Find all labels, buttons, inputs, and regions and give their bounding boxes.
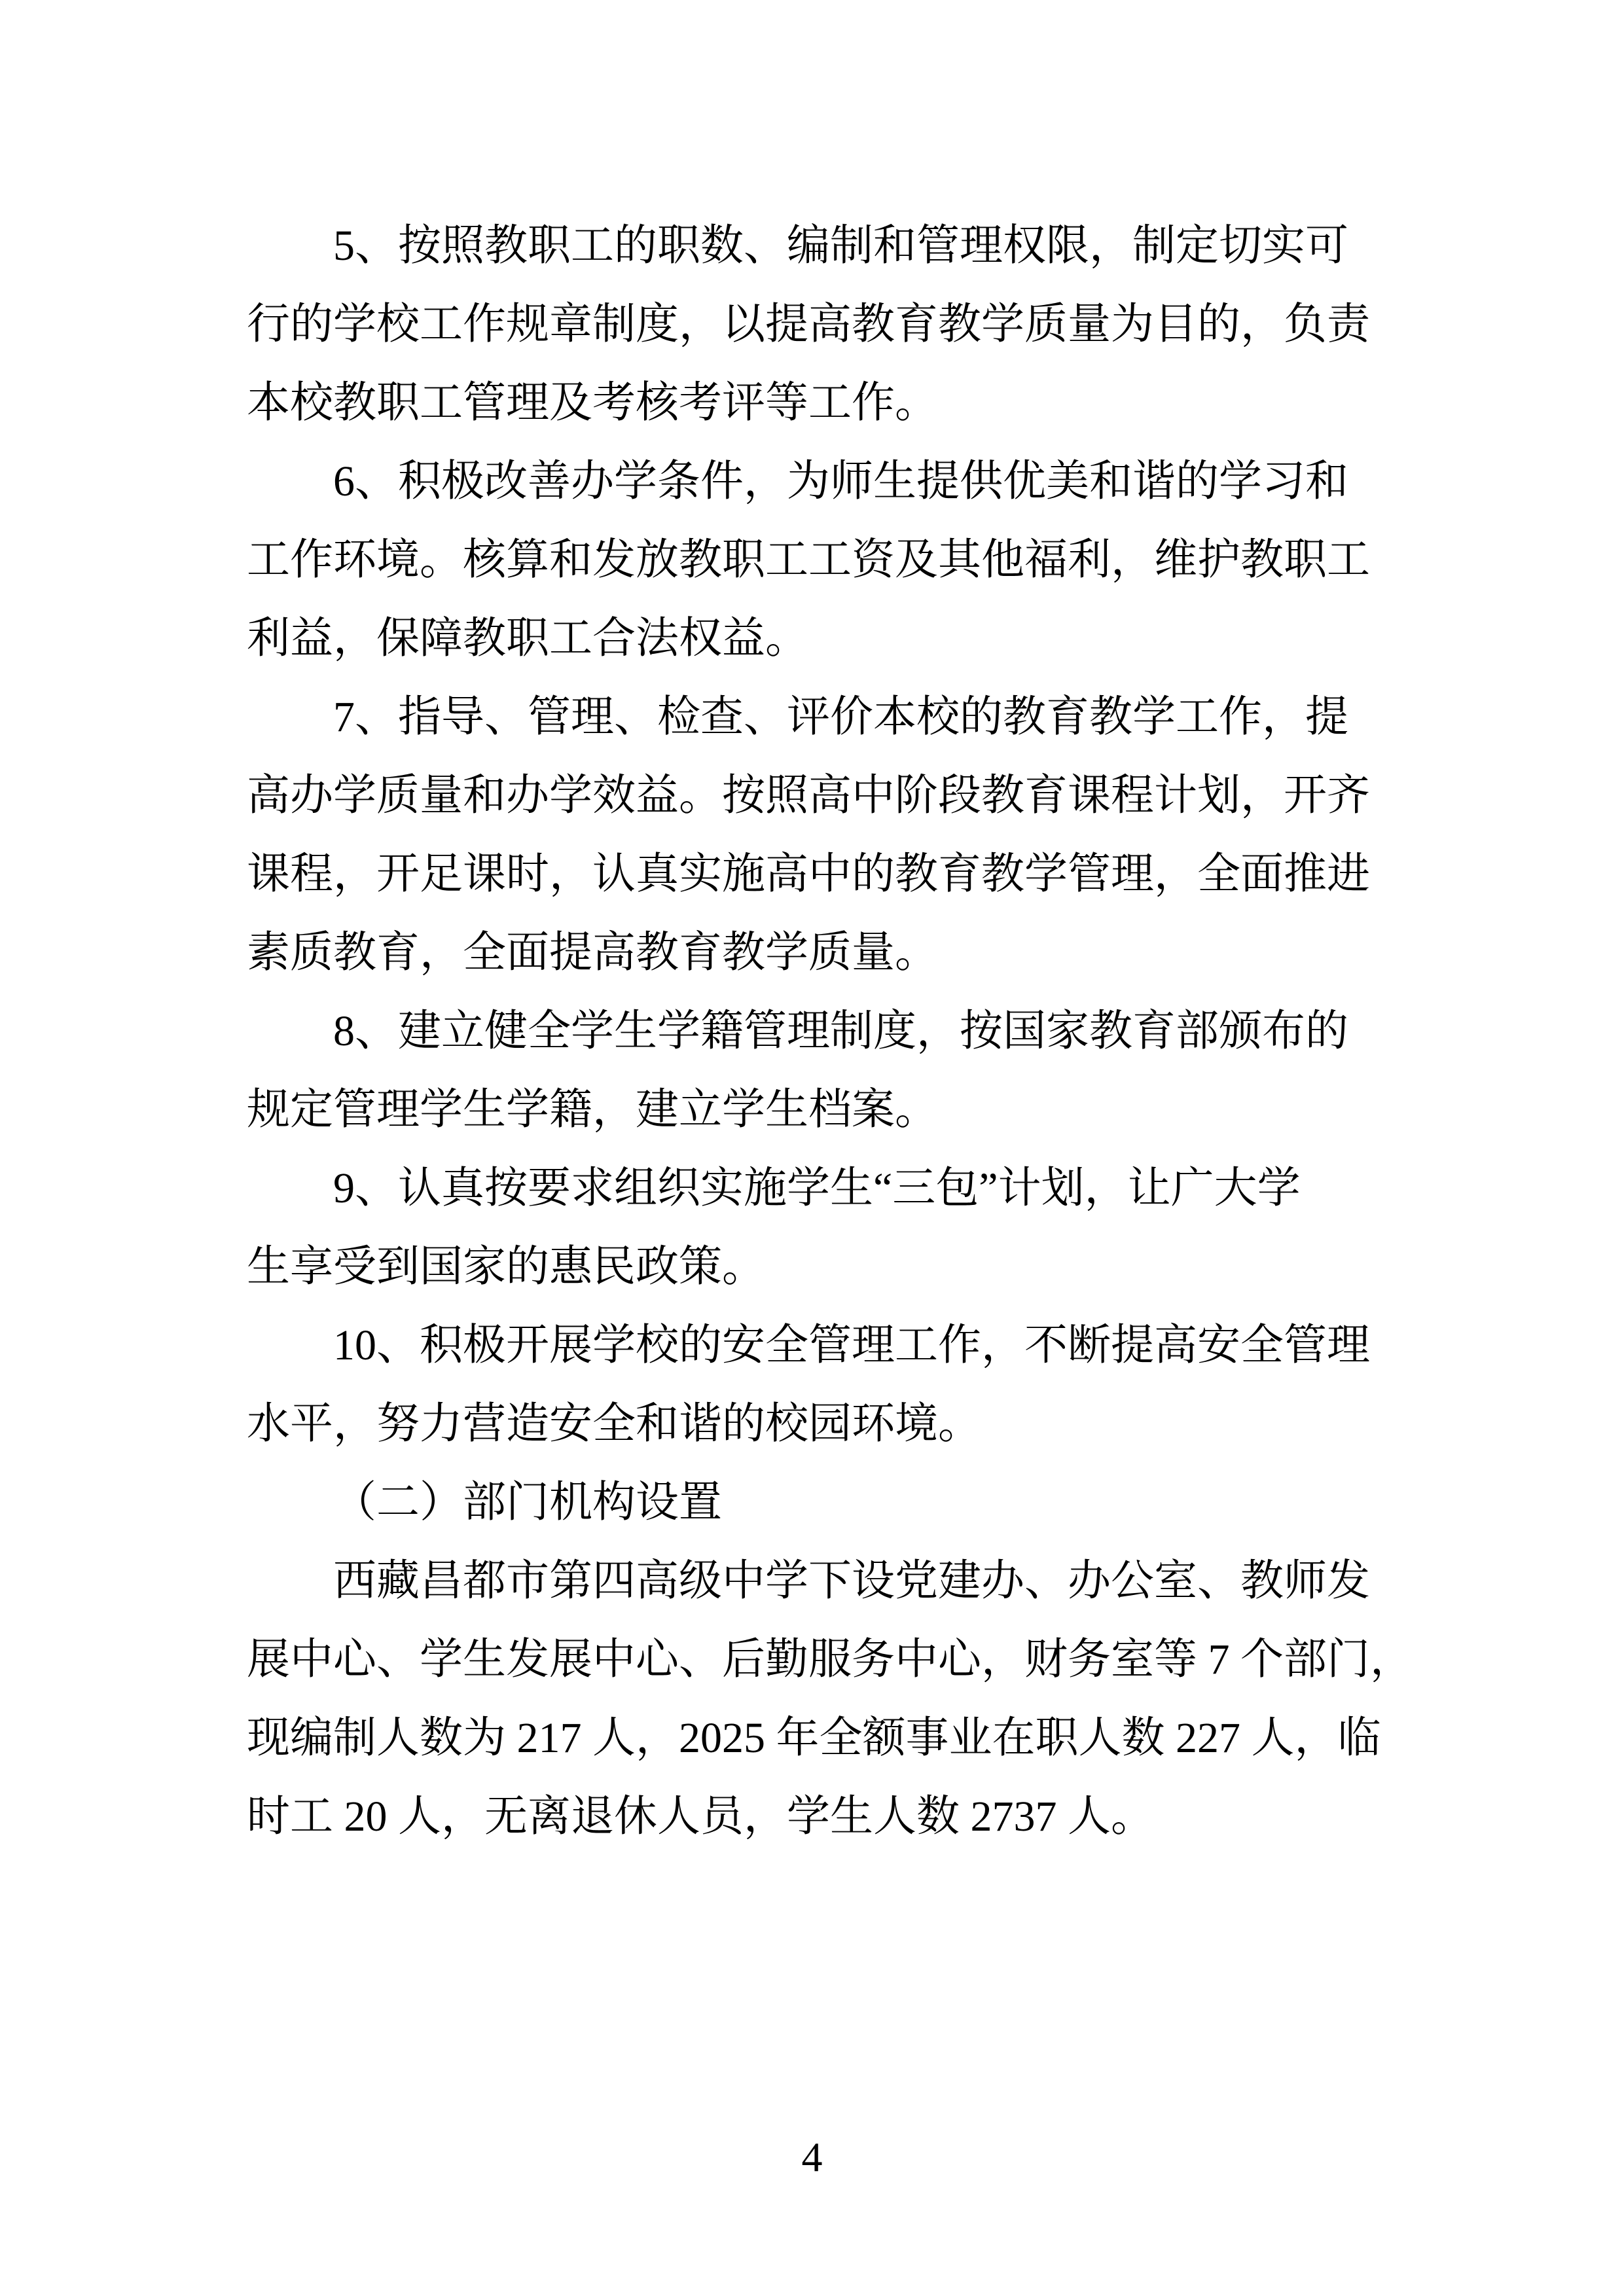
text-line: 课程，开足课时，认真实施高中的教育教学管理，全面推进 bbox=[247, 835, 1379, 914]
text-line: 规定管理学生学籍，建立学生档案。 bbox=[247, 1071, 1379, 1149]
item-5: 5、按照教职工的职数、编制和管理权限，制定切实可行的学校工作规章制度，以提高教育… bbox=[247, 207, 1379, 442]
item-9: 9、认真按要求组织实施学生“三包”计划，让广大学生享受到国家的惠民政策。 bbox=[247, 1149, 1379, 1306]
text-line: 西藏昌都市第四高级中学下设党建办、办公室、教师发 bbox=[247, 1542, 1379, 1621]
text-line: 工作环境。核算和发放教职工工资及其他福利，维护教职工 bbox=[247, 521, 1379, 600]
text-line: 行的学校工作规章制度，以提高教育教学质量为目的，负责 bbox=[247, 285, 1379, 364]
text-line: 现编制人数为 217 人，2025 年全额事业在职人数 227 人，临 bbox=[247, 1699, 1379, 1778]
text-line: 素质教育，全面提高教育教学质量。 bbox=[247, 914, 1379, 992]
text-line: 5、按照教职工的职数、编制和管理权限，制定切实可 bbox=[247, 207, 1379, 285]
text-line: 6、积极改善办学条件，为师生提供优美和谐的学习和 bbox=[247, 442, 1379, 521]
text-line: 利益，保障教职工合法权益。 bbox=[247, 600, 1379, 678]
text-line: 生享受到国家的惠民政策。 bbox=[247, 1228, 1379, 1306]
text-line: 水平，努力营造安全和谐的校园环境。 bbox=[247, 1385, 1379, 1463]
text-line: 时工 20 人，无离退休人员，学生人数 2737 人。 bbox=[247, 1778, 1379, 1856]
item-10: 10、积极开展学校的安全管理工作，不断提高安全管理水平，努力营造安全和谐的校园环… bbox=[247, 1306, 1379, 1463]
text-line: 9、认真按要求组织实施学生“三包”计划，让广大学 bbox=[247, 1149, 1379, 1228]
section-heading-2: （二）部门机构设置 bbox=[247, 1463, 1379, 1542]
item-7: 7、指导、管理、检查、评价本校的教育教学工作，提高办学质量和办学效益。按照高中阶… bbox=[247, 678, 1379, 992]
text-line: 10、积极开展学校的安全管理工作，不断提高安全管理 bbox=[247, 1306, 1379, 1385]
document-body: 5、按照教职工的职数、编制和管理权限，制定切实可行的学校工作规章制度，以提高教育… bbox=[247, 207, 1379, 1856]
text-line: 展中心、学生发展中心、后勤服务中心，财务室等 7 个部门， bbox=[247, 1621, 1379, 1699]
text-line: 7、指导、管理、检查、评价本校的教育教学工作，提 bbox=[247, 678, 1379, 757]
item-8: 8、建立健全学生学籍管理制度，按国家教育部颁布的规定管理学生学籍，建立学生档案。 bbox=[247, 992, 1379, 1149]
page-number: 4 bbox=[0, 2136, 1624, 2178]
text-line: 高办学质量和办学效益。按照高中阶段教育课程计划，开齐 bbox=[247, 757, 1379, 835]
text-line: 本校教职工管理及考核考评等工作。 bbox=[247, 364, 1379, 442]
text-line: 8、建立健全学生学籍管理制度，按国家教育部颁布的 bbox=[247, 992, 1379, 1071]
text-line: （二）部门机构设置 bbox=[247, 1463, 1379, 1542]
item-6: 6、积极改善办学条件，为师生提供优美和谐的学习和工作环境。核算和发放教职工工资及… bbox=[247, 442, 1379, 678]
document-page: { "page": { "background": "#ffffff", "te… bbox=[0, 0, 1624, 2296]
department-overview: 西藏昌都市第四高级中学下设党建办、办公室、教师发展中心、学生发展中心、后勤服务中… bbox=[247, 1542, 1379, 1856]
